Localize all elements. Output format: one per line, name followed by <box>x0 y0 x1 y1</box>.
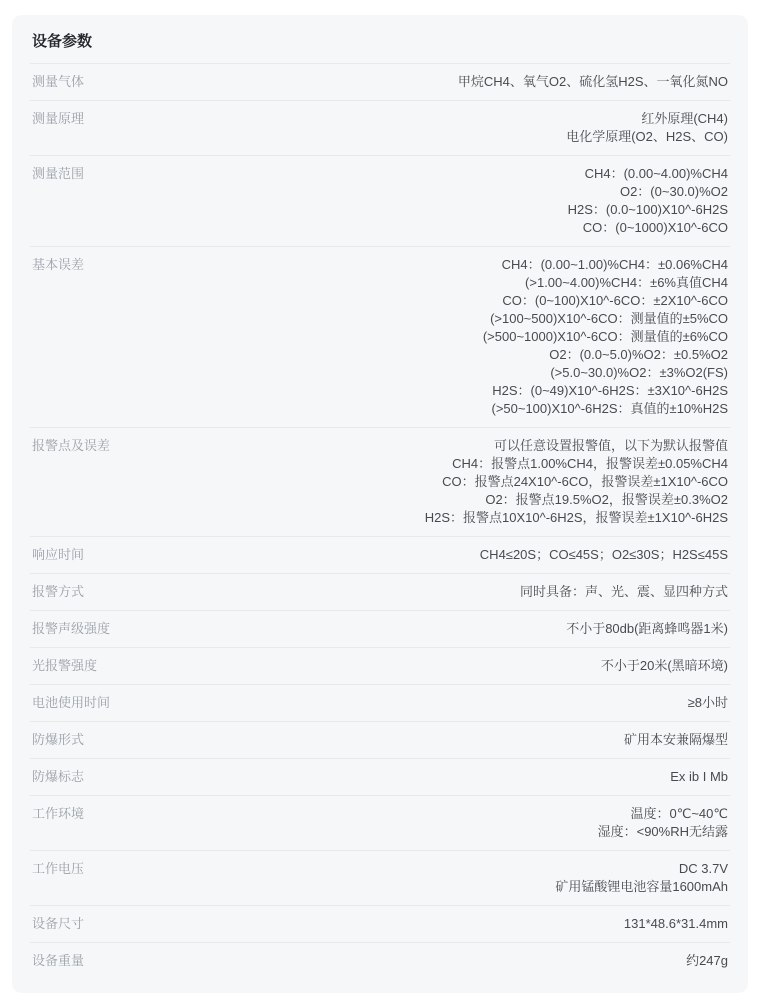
spec-value-line: 甲烷CH4、氧气O2、硫化氢H2S、一氧化氮NO <box>108 73 728 91</box>
spec-row-label: 基本误差 <box>32 256 84 274</box>
spec-row-label: 报警声级强度 <box>32 620 110 638</box>
spec-row-label: 防爆标志 <box>32 768 84 786</box>
spec-value-line: 温度：0℃~40℃ <box>108 805 728 823</box>
spec-row-values: 131*48.6*31.4mm <box>108 915 728 933</box>
spec-row: 测量原理红外原理(CH4)电化学原理(O2、H2S、CO) <box>30 100 730 155</box>
spec-value-line: 矿用锰酸锂电池容量1600mAh <box>108 878 728 896</box>
spec-value-line: 同时具备：声、光、震、显四种方式 <box>108 583 728 601</box>
spec-value-line: DC 3.7V <box>108 860 728 878</box>
spec-row: 光报警强度不小于20米(黑暗环境) <box>30 647 730 684</box>
spec-row-values: 温度：0℃~40℃湿度：<90%RH无结露 <box>108 805 728 841</box>
spec-value-line: Ex ib I Mb <box>108 768 728 786</box>
spec-value-line: O2：报警点19.5%O2，报警误差±0.3%O2 <box>134 491 728 509</box>
spec-value-line: 湿度：<90%RH无结露 <box>108 823 728 841</box>
spec-row-label: 工作环境 <box>32 805 84 823</box>
spec-value-line: O2：(0~30.0)%O2 <box>108 183 728 201</box>
spec-table: 测量气体甲烷CH4、氧气O2、硫化氢H2S、一氧化氮NO测量原理红外原理(CH4… <box>30 63 730 979</box>
spec-value-line: H2S：报警点10X10^-6H2S，报警误差±1X10^-6H2S <box>134 509 728 527</box>
spec-value-line: 可以任意设置报警值，以下为默认报警值 <box>134 437 728 455</box>
spec-row-label: 报警点及误差 <box>32 437 110 455</box>
spec-row-values: 不小于80db(距离蜂鸣器1米) <box>134 620 728 638</box>
spec-value-line: (>1.00~4.00)%CH4：±6%真值CH4 <box>108 274 728 292</box>
spec-row: 电池使用时间≥8小时 <box>30 684 730 721</box>
spec-row-label: 工作电压 <box>32 860 84 878</box>
device-parameters-card: 设备参数 测量气体甲烷CH4、氧气O2、硫化氢H2S、一氧化氮NO测量原理红外原… <box>12 15 748 993</box>
spec-value-line: 电化学原理(O2、H2S、CO) <box>108 128 728 146</box>
spec-row-values: 可以任意设置报警值，以下为默认报警值CH4：报警点1.00%CH4，报警误差±0… <box>134 437 728 527</box>
spec-value-line: 约247g <box>108 952 728 970</box>
spec-value-line: CH4≤20S；CO≤45S；O2≤30S；H2S≤45S <box>108 546 728 564</box>
spec-row-label: 设备重量 <box>32 952 84 970</box>
spec-value-line: 红外原理(CH4) <box>108 110 728 128</box>
spec-row-label: 光报警强度 <box>32 657 97 675</box>
spec-value-line: (>5.0~30.0)%O2：±3%O2(FS) <box>108 364 728 382</box>
spec-row-values: CH4：(0.00~4.00)%CH4O2：(0~30.0)%O2H2S：(0.… <box>108 165 728 237</box>
spec-row-values: 不小于20米(黑暗环境) <box>121 657 728 675</box>
spec-row: 工作环境温度：0℃~40℃湿度：<90%RH无结露 <box>30 795 730 850</box>
spec-value-line: 不小于20米(黑暗环境) <box>121 657 728 675</box>
spec-row-values: CH4：(0.00~1.00)%CH4：±0.06%CH4(>1.00~4.00… <box>108 256 728 418</box>
spec-row: 测量气体甲烷CH4、氧气O2、硫化氢H2S、一氧化氮NO <box>30 63 730 100</box>
spec-row-values: 同时具备：声、光、震、显四种方式 <box>108 583 728 601</box>
spec-row-values: ≥8小时 <box>134 694 728 712</box>
spec-row: 工作电压DC 3.7V矿用锰酸锂电池容量1600mAh <box>30 850 730 905</box>
spec-row-label: 测量范围 <box>32 165 84 183</box>
spec-value-line: CH4：报警点1.00%CH4，报警误差±0.05%CH4 <box>134 455 728 473</box>
spec-row-label: 防爆形式 <box>32 731 84 749</box>
spec-row: 响应时间CH4≤20S；CO≤45S；O2≤30S；H2S≤45S <box>30 536 730 573</box>
spec-row-label: 测量气体 <box>32 73 84 91</box>
spec-row-values: 甲烷CH4、氧气O2、硫化氢H2S、一氧化氮NO <box>108 73 728 91</box>
spec-value-line: CO：(0~1000)X10^-6CO <box>108 219 728 237</box>
spec-value-line: CH4：(0.00~4.00)%CH4 <box>108 165 728 183</box>
spec-value-line: 131*48.6*31.4mm <box>108 915 728 933</box>
spec-row-label: 设备尺寸 <box>32 915 84 933</box>
spec-row: 设备重量约247g <box>30 942 730 979</box>
spec-row-label: 电池使用时间 <box>32 694 110 712</box>
spec-value-line: 矿用本安兼隔爆型 <box>108 731 728 749</box>
spec-value-line: (>50~100)X10^-6H2S：真值的±10%H2S <box>108 400 728 418</box>
spec-value-line: H2S：(0~49)X10^-6H2S：±3X10^-6H2S <box>108 382 728 400</box>
spec-row: 设备尺寸131*48.6*31.4mm <box>30 905 730 942</box>
spec-value-line: O2：(0.0~5.0)%O2：±0.5%O2 <box>108 346 728 364</box>
spec-value-line: ≥8小时 <box>134 694 728 712</box>
spec-value-line: 不小于80db(距离蜂鸣器1米) <box>134 620 728 638</box>
spec-row-values: 矿用本安兼隔爆型 <box>108 731 728 749</box>
spec-value-line: CO：报警点24X10^-6CO，报警误差±1X10^-6CO <box>134 473 728 491</box>
spec-row-label: 测量原理 <box>32 110 84 128</box>
spec-row: 防爆形式矿用本安兼隔爆型 <box>30 721 730 758</box>
spec-value-line: H2S：(0.0~100)X10^-6H2S <box>108 201 728 219</box>
spec-row-values: DC 3.7V矿用锰酸锂电池容量1600mAh <box>108 860 728 896</box>
spec-row-label: 响应时间 <box>32 546 84 564</box>
spec-value-line: (>100~500)X10^-6CO：测量值的±5%CO <box>108 310 728 328</box>
spec-row-values: Ex ib I Mb <box>108 768 728 786</box>
spec-value-line: (>500~1000)X10^-6CO：测量值的±6%CO <box>108 328 728 346</box>
spec-row: 报警方式同时具备：声、光、震、显四种方式 <box>30 573 730 610</box>
spec-row: 基本误差CH4：(0.00~1.00)%CH4：±0.06%CH4(>1.00~… <box>30 246 730 427</box>
section-title: 设备参数 <box>30 27 730 63</box>
spec-row-values: 约247g <box>108 952 728 970</box>
spec-row: 防爆标志Ex ib I Mb <box>30 758 730 795</box>
spec-value-line: CO：(0~100)X10^-6CO：±2X10^-6CO <box>108 292 728 310</box>
spec-row-label: 报警方式 <box>32 583 84 601</box>
spec-row-values: CH4≤20S；CO≤45S；O2≤30S；H2S≤45S <box>108 546 728 564</box>
spec-value-line: CH4：(0.00~1.00)%CH4：±0.06%CH4 <box>108 256 728 274</box>
spec-row: 报警点及误差可以任意设置报警值，以下为默认报警值CH4：报警点1.00%CH4，… <box>30 427 730 536</box>
spec-row: 报警声级强度不小于80db(距离蜂鸣器1米) <box>30 610 730 647</box>
spec-row-values: 红外原理(CH4)电化学原理(O2、H2S、CO) <box>108 110 728 146</box>
spec-row: 测量范围CH4：(0.00~4.00)%CH4O2：(0~30.0)%O2H2S… <box>30 155 730 246</box>
